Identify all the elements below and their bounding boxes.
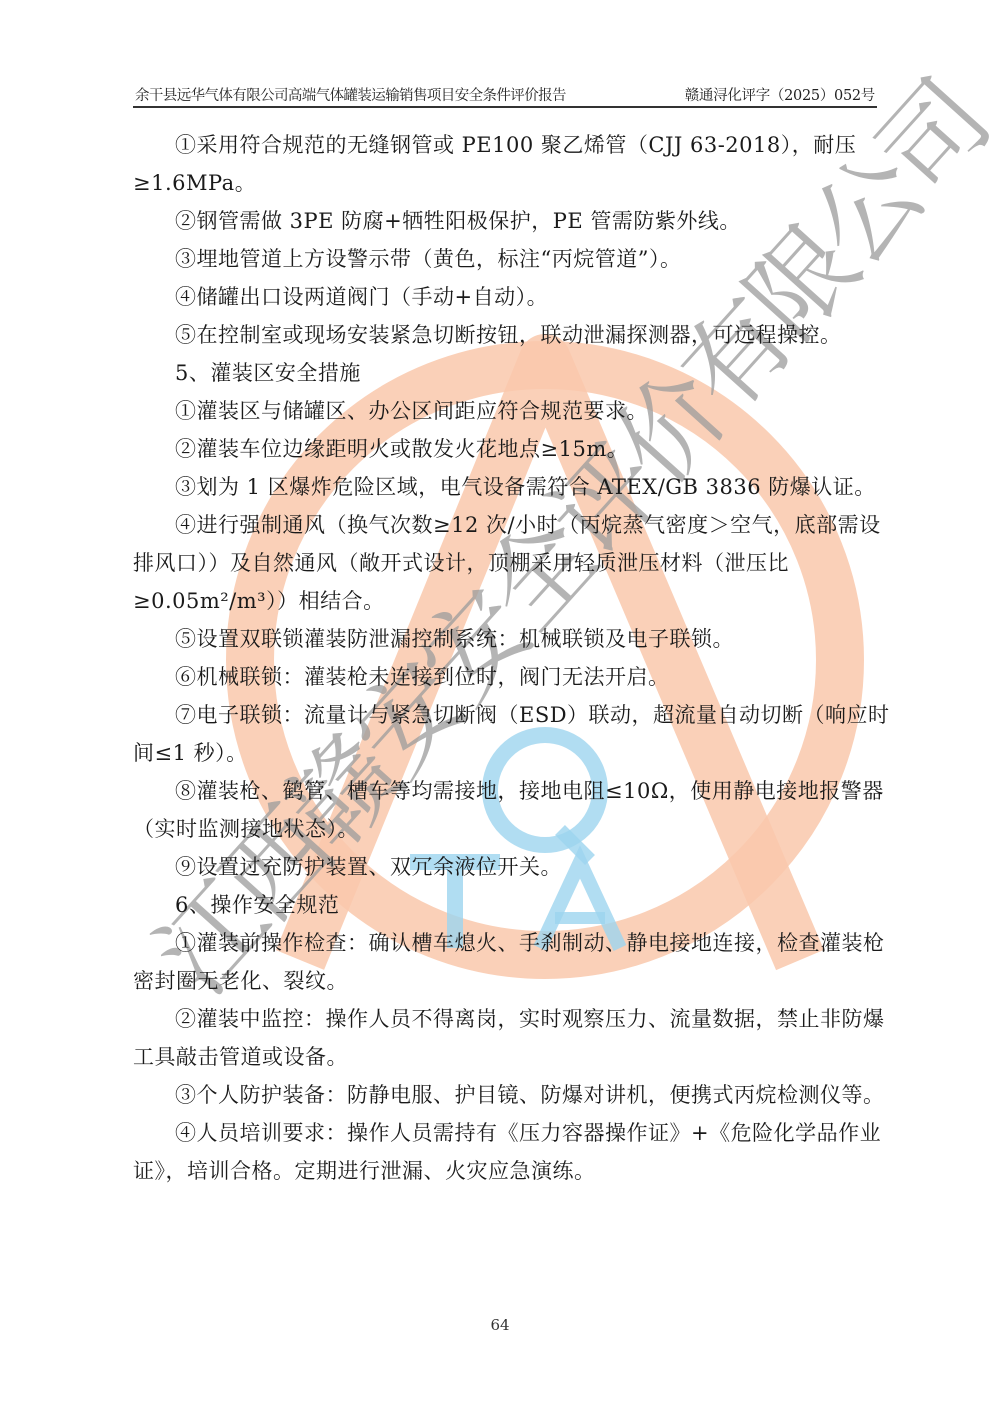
document-page: 余干县远华气体有限公司高端气体罐装运输销售项目安全条件评价报告 赣通浔化评字（2… — [0, 0, 1000, 1414]
paragraph: 5、灌装区安全措施 — [133, 354, 893, 392]
paragraph: ①灌装区与储罐区、办公区间距应符合规范要求。 — [133, 392, 893, 430]
paragraph: ②钢管需做 3PE 防腐+牺牲阳极保护，PE 管需防紫外线。 — [133, 202, 893, 240]
paragraph: ⑤设置双联锁灌装防泄漏控制系统：机械联锁及电子联锁。 — [133, 620, 893, 658]
paragraph: ①采用符合规范的无缝钢管或 PE100 聚乙烯管（CJJ 63-2018），耐压… — [133, 126, 893, 202]
page-number: 64 — [0, 1316, 1000, 1334]
paragraph: ④进行强制通风（换气次数≥12 次/小时（丙烷蒸气密度＞空气，底部需设排风口））… — [133, 506, 893, 620]
paragraph: ⑤在控制室或现场安装紧急切断按钮，联动泄漏探测器，可远程操控。 — [133, 316, 893, 354]
paragraph: ④人员培训要求：操作人员需持有《压力容器操作证》+《危险化学品作业证》，培训合格… — [133, 1114, 893, 1190]
report-title: 余干县远华气体有限公司高端气体罐装运输销售项目安全条件评价报告 — [135, 84, 566, 105]
paragraph: ③埋地管道上方设警示带（黄色，标注“丙烷管道”）。 — [133, 240, 893, 278]
document-number: 赣通浔化评字（2025）052号 — [685, 84, 875, 105]
paragraph: ③个人防护装备：防静电服、护目镜、防爆对讲机，便携式丙烷检测仪等。 — [133, 1076, 893, 1114]
paragraph: ⑦电子联锁：流量计与紧急切断阀（ESD）联动，超流量自动切断（响应时间≤1 秒）… — [133, 696, 893, 772]
paragraph: ①灌装前操作检查：确认槽车熄火、手刹制动、静电接地连接，检查灌装枪密封圈无老化、… — [133, 924, 893, 1000]
document-body: ①采用符合规范的无缝钢管或 PE100 聚乙烯管（CJJ 63-2018），耐压… — [133, 126, 893, 1190]
paragraph: ③划为 1 区爆炸危险区域，电气设备需符合 ATEX/GB 3836 防爆认证。 — [133, 468, 893, 506]
paragraph: ⑨设置过充防护装置、双冗余液位开关。 — [133, 848, 893, 886]
paragraph: ⑧灌装枪、鹤管、槽车等均需接地，接地电阻≤10Ω，使用静电接地报警器（实时监测接… — [133, 772, 893, 848]
paragraph: ④储罐出口设两道阀门（手动+自动）。 — [133, 278, 893, 316]
paragraph: 6、操作安全规范 — [133, 886, 893, 924]
paragraph: ②灌装中监控：操作人员不得离岗，实时观察压力、流量数据，禁止非防爆工具敲击管道或… — [133, 1000, 893, 1076]
paragraph: ⑥机械联锁：灌装枪未连接到位时，阀门无法开启。 — [133, 658, 893, 696]
page-header: 余干县远华气体有限公司高端气体罐装运输销售项目安全条件评价报告 赣通浔化评字（2… — [133, 82, 877, 108]
paragraph: ②灌装车位边缘距明火或散发火花地点≥15m。 — [133, 430, 893, 468]
